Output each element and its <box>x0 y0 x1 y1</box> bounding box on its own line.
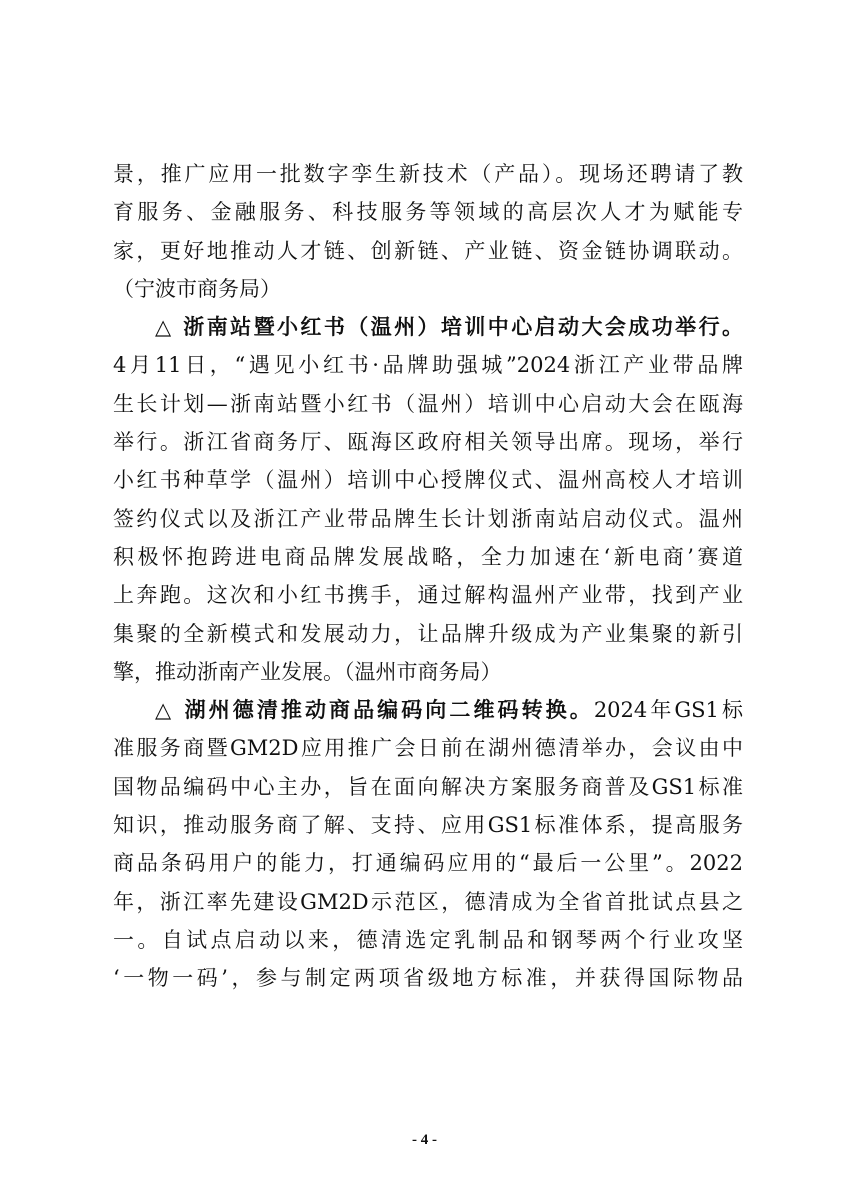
paragraph-text: 2024年GS1标 <box>594 698 743 722</box>
page-number: - 4 - <box>0 1132 849 1149</box>
section-heading-huzhou: △ 湖州德清推动商品编码向二维码转换。 <box>155 697 594 722</box>
paragraph-line: 小红书种草学（温州）培训中心授牌仪式、温州高校人才培训 <box>113 461 743 499</box>
paragraph-line: 集聚的全新模式和发展动力，让品牌升级成为产业集聚的新引 <box>113 615 743 653</box>
paragraph-line: 4月11日，“遇见小红书·品牌助强城”2024浙江产业带品牌 <box>113 346 743 384</box>
paragraph-line: 景，推广应用一批数字孪生新技术（产品）。现场还聘请了教 <box>113 155 743 193</box>
paragraph-line: 国物品编码中心主办，旨在面向解决方案服务商普及GS1标准 <box>113 768 743 806</box>
paragraph-line: 年，浙江率先建设GM2D示范区，德清成为全省首批试点县之 <box>113 883 743 921</box>
paragraph-line: ‘一物一码’，参与制定两项省级地方标准，并获得国际物品 <box>113 959 743 997</box>
paragraph-line: 育服务、金融服务、科技服务等领域的高层次人才为赋能专 <box>113 193 743 231</box>
paragraph-line: 上奔跑。这次和小红书携手，通过解构温州产业带，找到产业 <box>113 576 743 614</box>
paragraph-line: 商品条码用户的能力，打通编码应用的“最后一公里”。2022 <box>113 844 743 882</box>
section-heading-huzhou-line: △ 湖州德清推动商品编码向二维码转换。2024年GS1标 <box>113 691 743 729</box>
paragraph-line: 擎，推动浙南产业发展。（温州市商务局） <box>113 653 743 691</box>
source-attribution: （宁波市商务局） <box>113 270 743 308</box>
paragraph-line: 一。自试点启动以来，德清选定乳制品和钢琴两个行业攻坚 <box>113 921 743 959</box>
document-body: 景，推广应用一批数字孪生新技术（产品）。现场还聘请了教 育服务、金融服务、科技服… <box>113 155 743 998</box>
paragraph-line: 举行。浙江省商务厅、瓯海区政府相关领导出席。现场，举行 <box>113 423 743 461</box>
paragraph-line: 准服务商暨GM2D应用推广会日前在湖州德清举办，会议由中 <box>113 729 743 767</box>
section-heading-wenzhou: △ 浙南站暨小红书（温州）培训中心启动大会成功举行。 <box>113 308 743 346</box>
paragraph-line: 知识，推动服务商了解、支持、应用GS1标准体系，提高服务 <box>113 806 743 844</box>
paragraph-line: 积极怀抱跨进电商品牌发展战略，全力加速在‘新电商’赛道 <box>113 538 743 576</box>
paragraph-line: 家，更好地推动人才链、创新链、产业链、资金链协调联动。 <box>113 232 743 270</box>
paragraph-line: 签约仪式以及浙江产业带品牌生长计划浙南站启动仪式。温州 <box>113 500 743 538</box>
paragraph-line: 生长计划—浙南站暨小红书（温州）培训中心启动大会在瓯海 <box>113 385 743 423</box>
